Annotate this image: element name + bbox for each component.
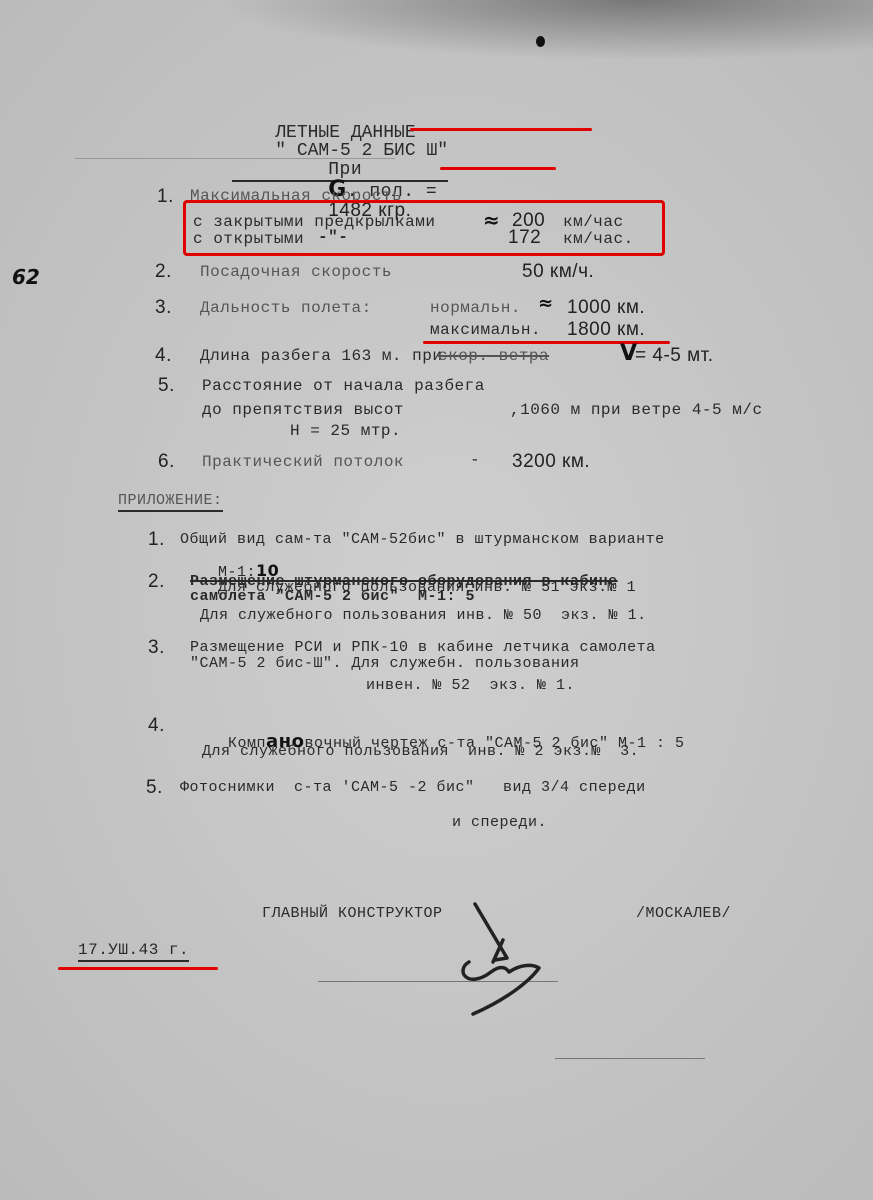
footer-date: 17.УШ.43 г.	[78, 942, 189, 962]
item-3-number: 3.	[155, 298, 172, 317]
range-max-value: 1800 км.	[567, 320, 645, 339]
appendix-5-line2: и спереди.	[452, 815, 547, 830]
appendix-1-line1: Общий вид сам-та "САМ-52бис" в штурманск…	[180, 532, 665, 547]
title-prefix: ЛЕТНЫЕ ДАННЫЕ	[275, 123, 415, 143]
item-6-dash: -	[470, 452, 480, 468]
item-5-line3: Н = 25 мтр.	[290, 423, 401, 439]
range-normal-value: 1000 км.	[567, 298, 645, 317]
red-underline-date	[58, 967, 218, 970]
item-3-label: Дальность полета:	[200, 300, 372, 316]
red-underline-weight	[440, 167, 556, 170]
appendix-3-number: 3.	[148, 638, 165, 657]
speed-open-label: с открытыми	[193, 231, 304, 247]
lower-rule	[555, 1058, 705, 1059]
signature	[455, 900, 565, 1020]
appendix-2-line1: Размещение штурманского оборудования в к…	[190, 574, 618, 589]
range-max-label: максимальн.	[430, 322, 541, 338]
speed-open-unit: км/час.	[563, 231, 634, 247]
punch-hole-mark	[536, 36, 545, 47]
item-5-value: ,1060 м при ветре 4-5 м/с	[510, 402, 763, 418]
speed-closed-label: с закрытыми предкрылками	[193, 214, 435, 230]
red-underline-aircraft	[410, 128, 592, 131]
page-number-handwritten: 62	[12, 265, 40, 289]
item-4-label: Длина разбега 163 м. при	[200, 348, 442, 364]
footer-name: /МОСКАЛЕВ/	[636, 906, 731, 921]
appendix-2-line1b: самолета "САМ-5 2 бис" М-1: 5	[190, 589, 475, 604]
item-4-struck-text: скор. ветра	[438, 348, 549, 364]
appendix-5-number: 5.	[146, 778, 163, 797]
ditto-mark: -"-	[318, 229, 348, 245]
range-normal-label: нормальн.	[430, 300, 521, 316]
footer-position: ГЛАВНЫЙ КОНСТРУКТОР	[262, 906, 443, 921]
speed-open-value: 172	[508, 228, 541, 247]
speed-closed-unit: км/час	[563, 214, 624, 230]
item-1-number: 1.	[157, 187, 174, 206]
appendix-heading: ПРИЛОЖЕНИЕ:	[118, 493, 223, 512]
item-4-number: 4.	[155, 346, 172, 365]
appendix-3-line2: инвен. № 52 экз. № 1.	[366, 678, 575, 693]
appendix-5-line1: Фотоснимки с-та 'САМ-5 -2 бис" вид 3/4 с…	[180, 780, 646, 795]
appendix-2-line2: Для служебного пользования инв. № 50 экз…	[200, 608, 647, 623]
approx-mark-range: ≈	[538, 293, 553, 314]
item-2-number: 2.	[155, 262, 172, 281]
document-page: 62 ЛЕТНЫЕ ДАННЫЕ " САМ-5 2 БИС Ш" При G.…	[0, 0, 873, 1200]
appendix-3-line1b: "САМ-5 2 бис-Ш". Для служебн. пользовани…	[190, 656, 580, 671]
item-5-label: Расстояние от начала разбега	[202, 378, 485, 394]
appendix-1-number: 1.	[148, 530, 165, 549]
appendix-3-line1: Размещение РСИ и РПК-10 в кабине летчика…	[190, 640, 656, 655]
item-5-number: 5.	[158, 376, 175, 395]
item-6-value: 3200 км.	[512, 452, 590, 471]
approx-mark: ≈	[483, 208, 500, 232]
item-4-value: = 4-5 мт.	[635, 346, 714, 365]
item-6-number: 6.	[158, 452, 175, 471]
item-2-label: Посадочная скорость	[200, 264, 392, 280]
item-5-line2: до препятствия высот	[202, 402, 404, 418]
appendix-4-line2: Для служебного пользования инв. № 2 экз.…	[202, 744, 639, 759]
item-2-value: 50 км/ч.	[522, 262, 594, 281]
item-6-label: Практический потолок	[202, 454, 404, 470]
appendix-4-number: 4.	[148, 716, 165, 735]
appendix-2-number: 2.	[148, 572, 165, 591]
